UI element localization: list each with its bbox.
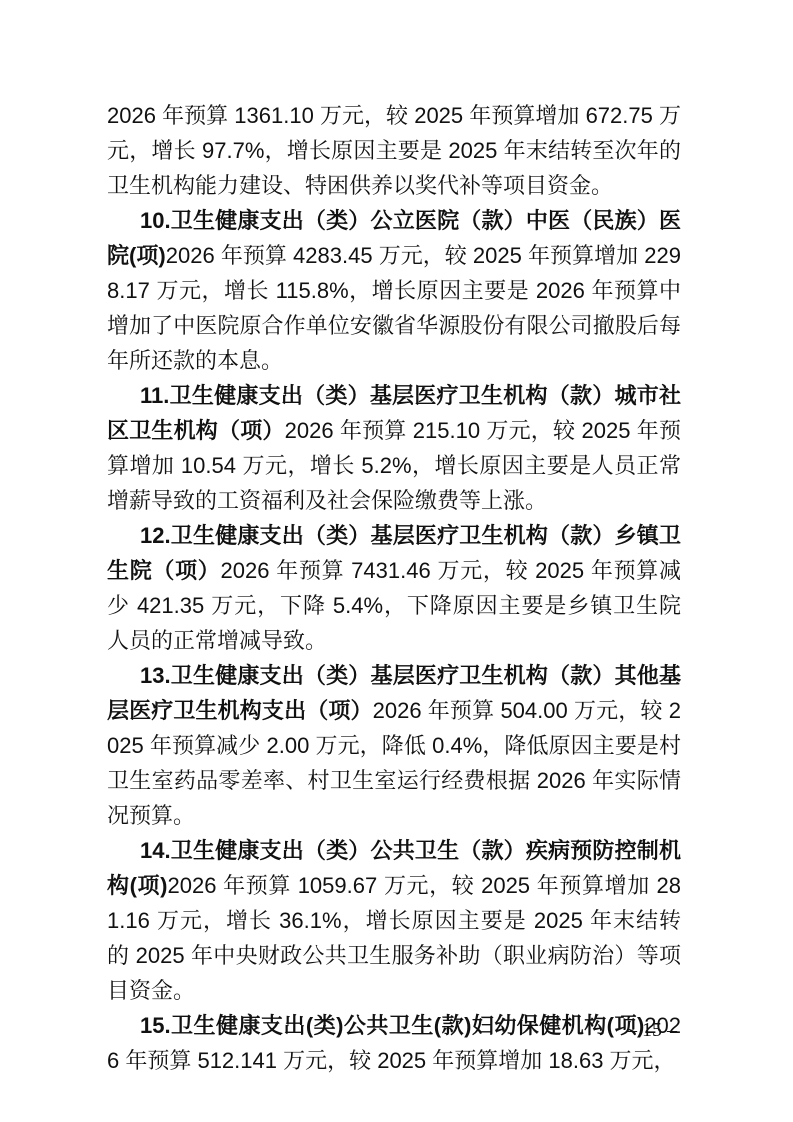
paragraph-text: 2026 年预算 1059.67 万元，较 2025 年预算增加 281.16 … [107,873,681,1003]
document-page: 2026 年预算 1361.10 万元，较 2025 年预算增加 672.75 … [0,0,793,1122]
paragraph: 15.卫生健康支出(类)公共卫生(款)妇幼保健机构(项)2026 年预算 512… [107,1008,681,1078]
paragraph: 11.卫生健康支出（类）基层医疗卫生机构（款）城市社区卫生机构（项）2026 年… [107,378,681,518]
paragraph: 12.卫生健康支出（类）基层医疗卫生机构（款）乡镇卫生院（项）2026 年预算 … [107,518,681,658]
paragraph: 14.卫生健康支出（类）公共卫生（款）疾病预防控制机构(项)2026 年预算 1… [107,833,681,1008]
paragraph-text: 2026 年预算 4283.45 万元，较 2025 年预算增加 2298.17… [107,243,681,373]
paragraph: 2026 年预算 1361.10 万元，较 2025 年预算增加 672.75 … [107,98,681,203]
text-body: 2026 年预算 1361.10 万元，较 2025 年预算增加 672.75 … [107,98,681,1078]
paragraph: 10.卫生健康支出（类）公立医院（款）中医（民族）医院(项)2026 年预算 4… [107,203,681,378]
paragraph-text: 2026 年预算 1361.10 万元，较 2025 年预算增加 672.75 … [107,103,681,198]
paragraph: 13.卫生健康支出（类）基层医疗卫生机构（款）其他基层医疗卫生机构支出（项）20… [107,658,681,833]
page-number: – 15 – [627,1019,677,1041]
page-footer: – 15 – [627,1016,677,1044]
paragraph-heading: 15.卫生健康支出(类)公共卫生(款)妇幼保健机构(项) [140,1013,644,1038]
